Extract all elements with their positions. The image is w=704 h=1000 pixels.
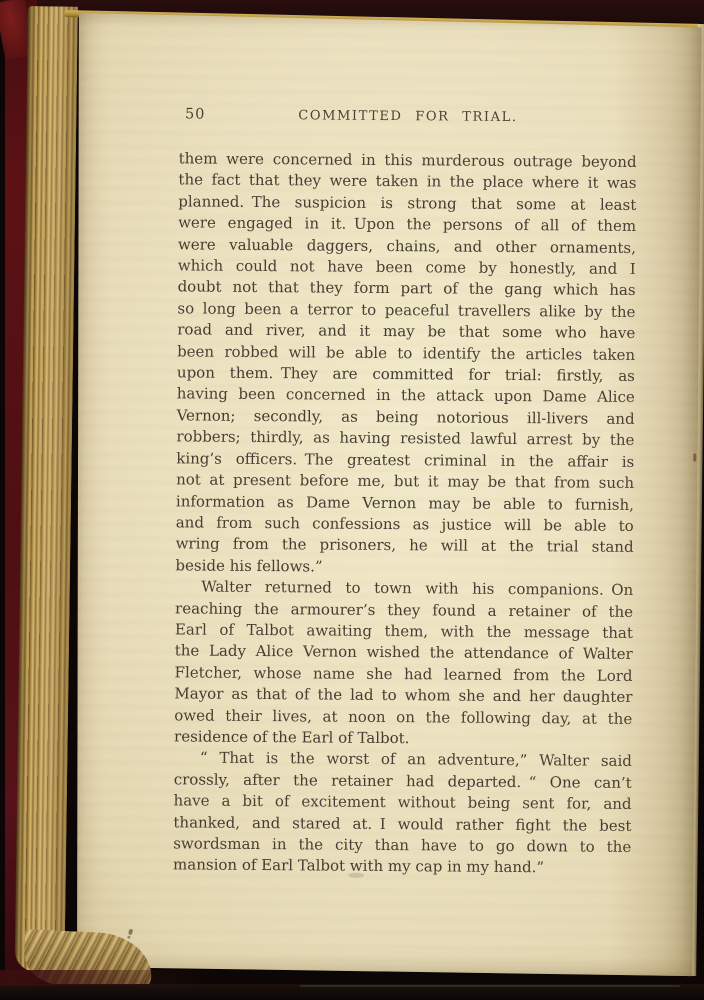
text-line: road and river, and it may be that some … <box>177 320 635 345</box>
text-line: mansion of Earl Talbot with my cap in my… <box>173 855 631 880</box>
book-page: 50 COMMITTED FOR TRIAL. them were concer… <box>68 8 702 981</box>
bottom-shadow-band <box>0 984 704 1000</box>
running-header: COMMITTED FOR TRIAL. <box>298 108 517 125</box>
body-text: them were concerned in this murderous ou… <box>173 148 637 879</box>
text-line: not at present before me, but it may be … <box>176 469 634 494</box>
text-line: Mayor as that of the lad to whom she and… <box>174 684 632 709</box>
page-number: 50 <box>185 106 206 122</box>
book-scan: 50 COMMITTED FOR TRIAL. them were concer… <box>0 0 704 1000</box>
page-header: 50 COMMITTED FOR TRIAL. <box>179 106 637 128</box>
ink-speck <box>128 929 133 936</box>
text-line: Walter returned to town with his compani… <box>175 576 633 601</box>
text-line: were engaged in it. Upon the persons of … <box>178 213 636 238</box>
paper-smudge <box>348 873 364 878</box>
text-line: have a bit of excitement without being s… <box>173 791 631 816</box>
text-block: 50 COMMITTED FOR TRIAL. them were concer… <box>173 106 637 879</box>
red-fleck <box>693 453 696 461</box>
